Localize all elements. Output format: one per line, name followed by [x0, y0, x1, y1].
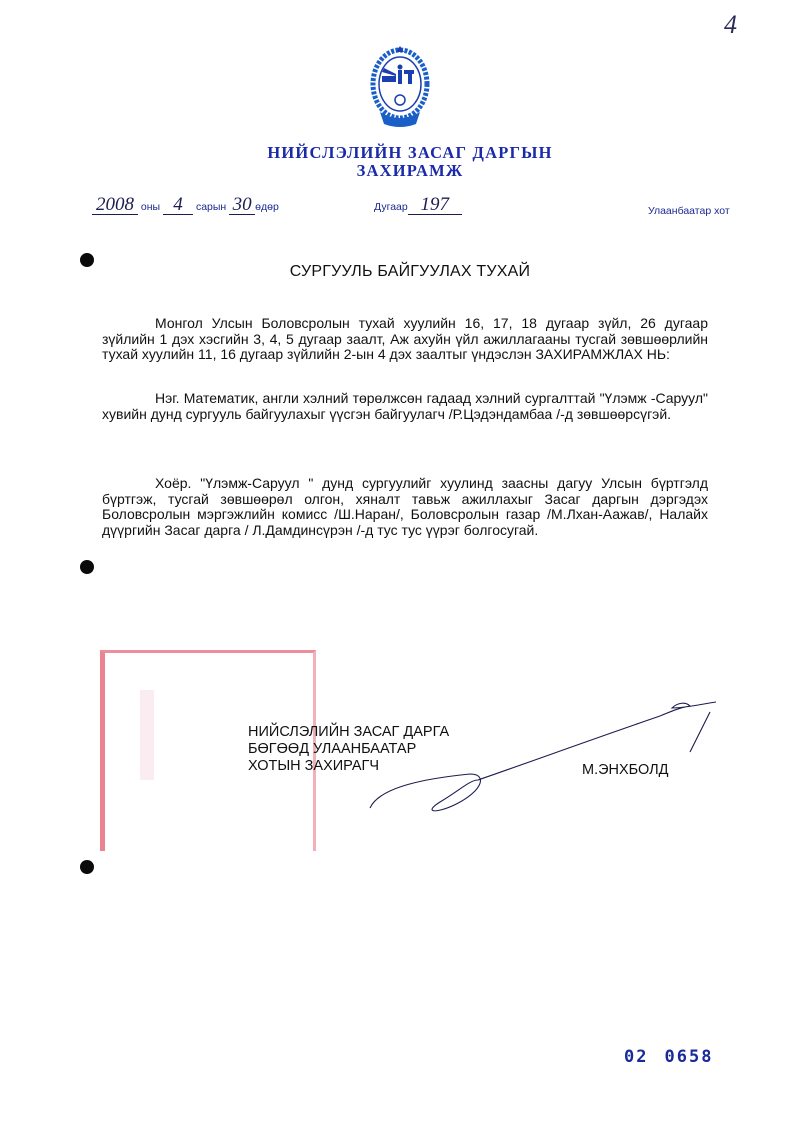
- page-number: 4: [724, 10, 737, 40]
- punch-hole: [80, 860, 94, 874]
- punch-hole: [80, 560, 94, 574]
- preamble-paragraph: Монгол Улсын Боловсролын тухай хуулийн 1…: [102, 316, 708, 363]
- date-day: 30: [229, 196, 255, 215]
- number-line: Дугаар197: [374, 196, 462, 215]
- issuer-heading: НИЙСЛЭЛИЙН ЗАСАГ ДАРГЫН ЗАХИРАМЖ: [0, 144, 794, 180]
- number-label: Дугаар: [374, 201, 408, 213]
- date-line: 2008 оны 4 сарын 30өдөр: [92, 196, 279, 215]
- day-label: өдөр: [255, 201, 279, 213]
- serial-number: 020658: [624, 1047, 713, 1067]
- date-year: 2008: [92, 196, 138, 215]
- clause-one-paragraph: Нэг. Математик, англи хэлний төрөлжсөн г…: [102, 391, 708, 422]
- year-label: оны: [141, 201, 160, 213]
- city-label: Улаанбаатар хот: [648, 205, 730, 217]
- signer-name: М.ЭНХБОЛД: [582, 762, 668, 778]
- document-title: СУРГУУЛЬ БАЙГУУЛАХ ТУХАЙ: [0, 263, 794, 281]
- issuer-line-1: НИЙСЛЭЛИЙН ЗАСАГ ДАРГЫН: [0, 144, 794, 162]
- state-emblem-icon: [370, 42, 430, 134]
- handwritten-signature-icon: [360, 696, 720, 816]
- serial-series: 02: [624, 1047, 648, 1067]
- issuer-line-2: ЗАХИРАМЖ: [0, 162, 794, 180]
- serial-value: 0658: [664, 1047, 713, 1067]
- stamp-inner-mark: [140, 690, 154, 780]
- decree-number: 197: [408, 196, 462, 215]
- date-month: 4: [163, 196, 193, 215]
- clause-two-paragraph: Хоёр. "Үлэмж-Саруул " дунд сургуулийг ху…: [102, 476, 708, 538]
- month-label: сарын: [196, 201, 226, 213]
